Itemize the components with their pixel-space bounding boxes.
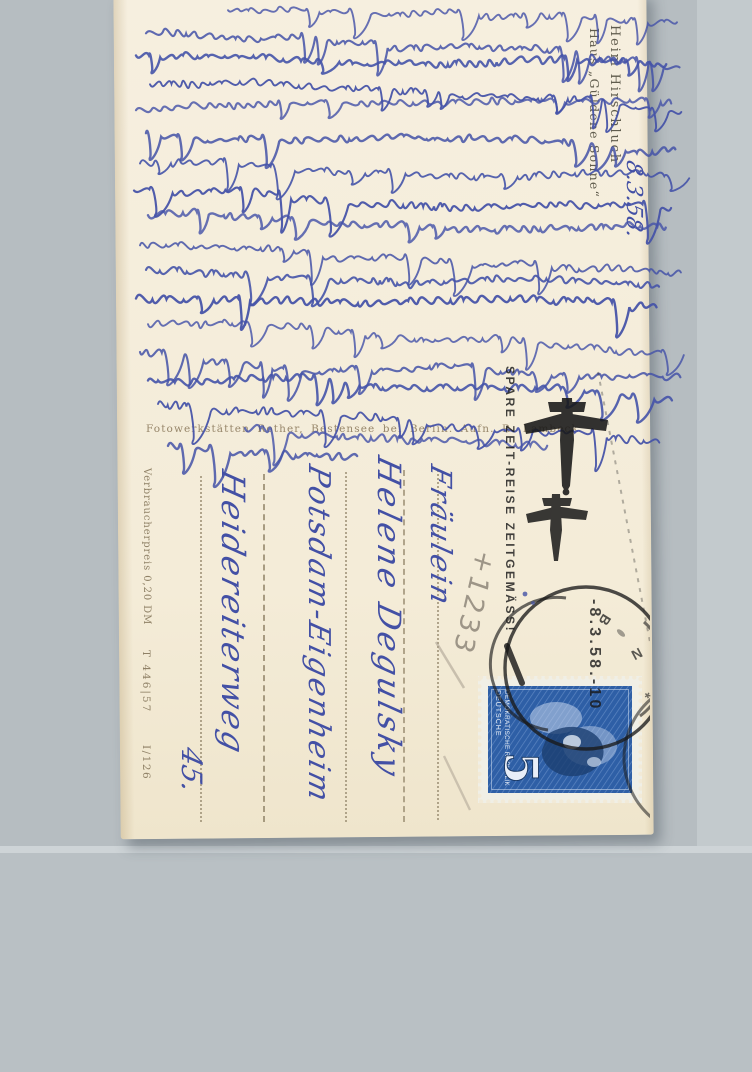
address-street: Heidereiterweg — [214, 467, 252, 759]
stamp-artwork-figures — [542, 727, 604, 776]
handwritten-date: 8.3.58. — [621, 158, 646, 241]
address-city: Potsdam-Eigenheim — [301, 461, 336, 807]
address-rule-3 — [345, 472, 347, 822]
stamp-value: 5 — [494, 752, 548, 784]
address-rule-4 — [263, 474, 265, 822]
price-imprint: Verbraucherpreis 0,20 DM — [141, 468, 152, 625]
scanner-stripe — [0, 846, 752, 853]
print-code-2: I/126 — [140, 745, 152, 780]
address-salutation: Fräulein — [424, 462, 458, 611]
address-name: Helene Degulsky — [370, 453, 408, 783]
address-house-number: 45. — [175, 744, 208, 797]
scanned-postcard-image: Heim Hirschluch Haus „Güldene Sonne“ Fot… — [0, 0, 752, 1072]
scanner-background-bottom — [0, 853, 752, 1072]
caption-heim: Heim Hirschluch — [607, 25, 622, 164]
print-code: T 446|57 — [140, 650, 152, 713]
caption-haus: Haus „Güldene Sonne“ — [587, 28, 602, 198]
stamp-country-line1: DEUTSCHE — [494, 690, 501, 737]
postage-stamp: DEUTSCHE DEMOKRATISCHE REPUBLIK 5 — [478, 676, 642, 803]
slogan-cancel-text: SPARE ZEIT-REISE ZEITGEMÄSS! — [503, 366, 517, 633]
